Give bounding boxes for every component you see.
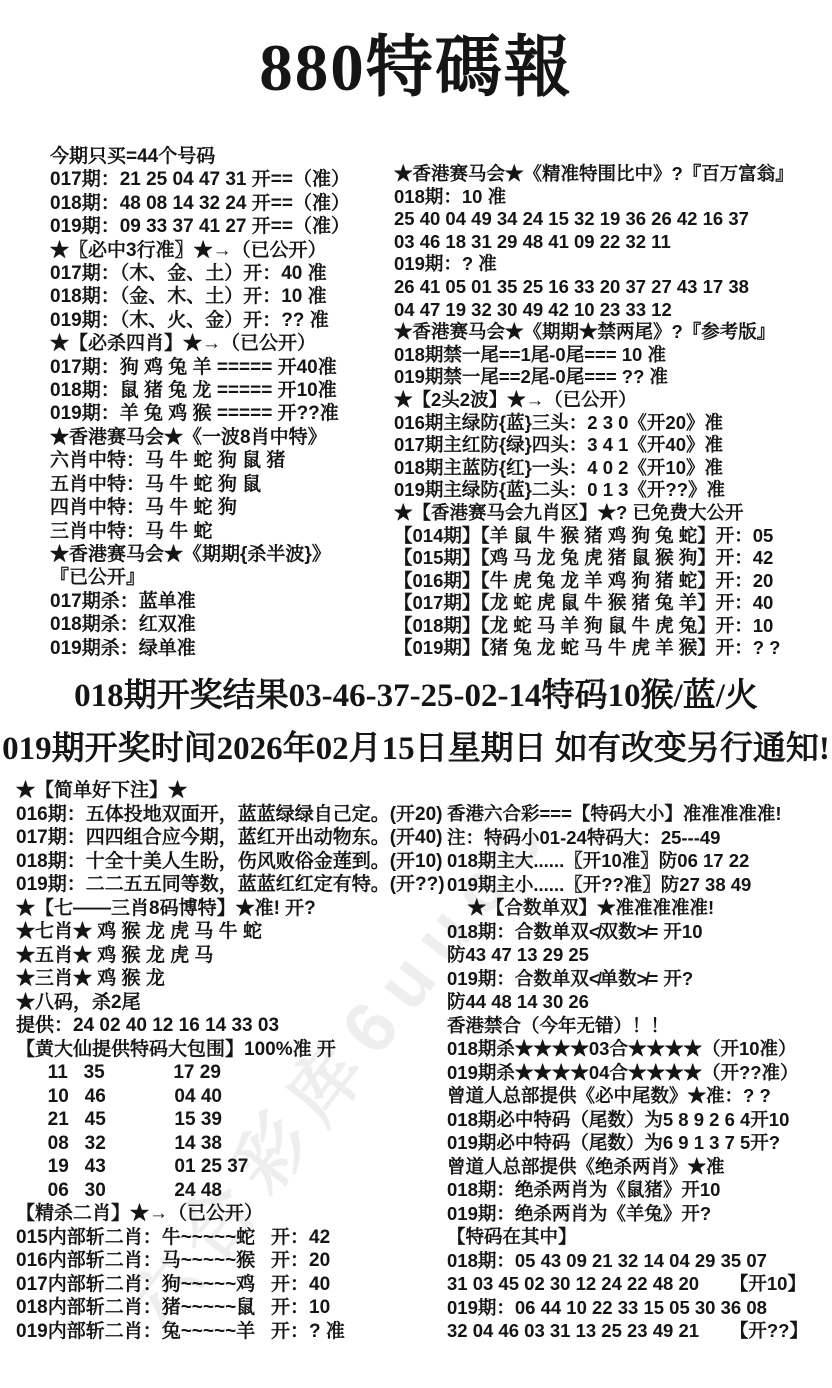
text-line: ★香港赛马会★《精准特围比中》?『百万富翁』	[394, 163, 794, 186]
text-line: 015内部斩二肖：牛~~~~~蛇 开：42	[16, 1226, 445, 1250]
text-line: ★香港赛马会★《期期{杀半波}》	[50, 543, 350, 566]
text-line: 19 43 01 25 37	[16, 1155, 445, 1179]
text-line: 06 30 24 48	[16, 1179, 445, 1203]
text-line: 018期：05 43 09 21 32 14 04 29 35 07	[447, 1249, 808, 1273]
text-line: ★【2头2波】★→（已公开）	[394, 389, 794, 412]
text-line: ★【七——三肖8码博特】★准! 开?	[16, 897, 445, 921]
text-line: 018期杀：红双准	[50, 613, 350, 636]
text-line: 【019期】【猪 兔 龙 蛇 马 牛 虎 羊 猴】开：? ?	[394, 637, 794, 660]
text-line: 017期：四四组合应今期，蓝红开出动物东。(开40)	[16, 826, 445, 850]
text-line: ★【必杀四肖】★→（已公开）	[50, 332, 350, 355]
text-line: 018期：鼠 猪 兔 龙 ===== 开10准	[50, 379, 350, 402]
text-line: 018期：绝杀两肖为《鼠猪》开10	[447, 1178, 808, 1202]
text-line: 019期主小......〖开??准〗防27 38 49	[447, 873, 808, 897]
text-line: 五肖中特：马 牛 蛇 狗 鼠	[50, 473, 350, 496]
bottom-right-column: 香港六合彩===【特码大小】准准准准准!注：特码小01-24特码大：25---4…	[447, 802, 808, 1343]
text-line: ★【香港赛马会九肖区】★? 已免费大公开	[394, 502, 794, 525]
text-line: 019期杀：绿单准	[50, 637, 350, 660]
text-line: 019期必中特码（尾数）为6 9 1 3 7 5开?	[447, 1131, 808, 1155]
text-line: 019期：09 33 37 41 27 开==（准）	[50, 215, 350, 238]
text-line: 香港禁合（今年无错）！！	[447, 1014, 808, 1038]
newspaper-sheet: 六合彩库6uucc 880特碼報 今期只买=44个号码017期：21 25 04…	[0, 0, 832, 1388]
text-line: 【018期】【龙 蛇 马 羊 狗 鼠 牛 虎 兔】开：10	[394, 615, 794, 638]
text-line: 六肖中特：马 牛 蛇 狗 鼠 猪	[50, 449, 350, 472]
text-line: 32 04 46 03 31 13 25 23 49 21 【开??】	[447, 1319, 808, 1343]
text-line: 018期：十全十美人生盼，伤风败俗金莲到。(开10)	[16, 850, 445, 874]
text-line: 注：特码小01-24特码大：25---49	[447, 826, 808, 850]
text-line: ★【简单好下注】★	[16, 779, 445, 803]
text-line: 018期禁一尾==1尾-0尾=== 10 准	[394, 344, 794, 367]
text-line: 018期：合数单双≮双数≯= 开10	[447, 920, 808, 944]
text-line: 018内部斩二肖：猪~~~~~鼠 开：10	[16, 1296, 445, 1320]
text-line: 018期杀★★★★03合★★★★（开10准）	[447, 1037, 808, 1061]
text-line: 018期主蓝防{红}一头：4 0 2《开10》准	[394, 457, 794, 480]
text-line: 『已公开』	[50, 566, 350, 589]
text-line: 【黄大仙提供特码大包围】100%准 开	[16, 1038, 445, 1062]
text-line: 26 41 05 01 35 25 16 33 20 37 27 43 17 3…	[394, 276, 794, 299]
text-line: 【精杀二肖】★→（已公开）	[16, 1202, 445, 1226]
text-line: 019期：? 准	[394, 253, 794, 276]
text-line: 08 32 14 38	[16, 1132, 445, 1156]
text-line: 019期：06 44 10 22 33 15 05 30 36 08	[447, 1296, 808, 1320]
text-line: 曾道人总部提供《必中尾数》★准：? ?	[447, 1084, 808, 1108]
text-line: ★五肖★ 鸡 猴 龙 虎 马	[16, 944, 445, 968]
text-line: 017期：（木、金、土）开：40 准	[50, 262, 350, 285]
text-line: 016期：五体投地双面开，蓝蓝绿绿自己定。(开20)	[16, 803, 445, 827]
text-line: 防43 47 13 29 25	[447, 943, 808, 967]
text-line: 25 40 04 49 34 24 15 32 19 36 26 42 16 3…	[394, 208, 794, 231]
text-line: 三肖中特：马 牛 蛇	[50, 520, 350, 543]
text-line: 03 46 18 31 29 48 41 09 22 32 11	[394, 231, 794, 254]
text-line: 016内部斩二肖：马~~~~~猴 开：20	[16, 1249, 445, 1273]
text-line: 019期主绿防{蓝}二头：0 1 3《开??》准	[394, 479, 794, 502]
text-line: 019期杀★★★★04合★★★★（开??准）	[447, 1061, 808, 1085]
text-line: 四肖中特：马 牛 蛇 狗	[50, 496, 350, 519]
text-line: ★【合数单双】★准准准准准!	[447, 896, 808, 920]
top-left-column: 今期只买=44个号码017期：21 25 04 47 31 开==（准）018期…	[50, 145, 350, 660]
text-line: 11 35 17 29	[16, 1061, 445, 1085]
text-line: 017期杀：蓝单准	[50, 590, 350, 613]
text-line: 017期：狗 鸡 兔 羊 ===== 开40准	[50, 356, 350, 379]
text-line: 019期禁一尾==2尾-0尾=== ?? 准	[394, 366, 794, 389]
text-line: 曾道人总部提供《绝杀两肖》★准	[447, 1155, 808, 1179]
notice-line-019: 019期开奖时间2026年02月15日星期日 如有改变另行通知!	[0, 723, 832, 776]
text-line: 香港六合彩===【特码大小】准准准准准!	[447, 802, 808, 826]
text-line: 017内部斩二肖：狗~~~~~鸡 开：40	[16, 1273, 445, 1297]
text-line: 10 46 04 40	[16, 1085, 445, 1109]
text-line: 21 45 15 39	[16, 1108, 445, 1132]
text-line: 【015期】【鸡 马 龙 兔 虎 猪 鼠 猴 狗】开：42	[394, 547, 794, 570]
text-line: 017期：21 25 04 47 31 开==（准）	[50, 168, 350, 191]
text-line: 019期：羊 兔 鸡 猴 ===== 开??准	[50, 402, 350, 425]
text-line: 31 03 45 02 30 12 24 22 48 20 【开10】	[447, 1272, 808, 1296]
text-line: 019期：绝杀两肖为《羊兔》开?	[447, 1202, 808, 1226]
text-line: ★八码，杀2尾	[16, 991, 445, 1015]
text-line: ★三肖★ 鸡 猴 龙	[16, 967, 445, 991]
bottom-left-column: ★【简单好下注】★016期：五体投地双面开，蓝蓝绿绿自己定。(开20)017期：…	[16, 779, 445, 1343]
text-line: 【017期】【龙 蛇 虎 鼠 牛 猴 猪 兔 羊】开：40	[394, 592, 794, 615]
text-line: 今期只买=44个号码	[50, 145, 350, 168]
text-line: 防44 48 14 30 26	[447, 990, 808, 1014]
text-line: ★香港赛马会★《期期★禁两尾》?『参考版』	[394, 321, 794, 344]
text-line: ★香港赛马会★《一波8肖中特》	[50, 426, 350, 449]
text-line: 016期主绿防{蓝}三头：2 3 0《开20》准	[394, 412, 794, 435]
text-line: 018期必中特码（尾数）为5 8 9 2 6 4开10	[447, 1108, 808, 1132]
text-line: 019期：合数单双≮单数≯= 开?	[447, 967, 808, 991]
text-line: 018期：（金、木、土）开：10 准	[50, 285, 350, 308]
text-line: 018期：10 准	[394, 186, 794, 209]
result-line-018: 018期开奖结果03-46-37-25-02-14特码10猴/蓝/火	[0, 670, 832, 723]
text-line: 019期：（木、火、金）开：?? 准	[50, 309, 350, 332]
text-line: ★〖必中3行准〗★→（已公开）	[50, 239, 350, 262]
text-line: 018期主大......〖开10准〗防06 17 22	[447, 849, 808, 873]
top-right-column: ★香港赛马会★《精准特围比中》?『百万富翁』018期：10 准25 40 04 …	[394, 163, 794, 660]
text-line: 【014期】【羊 鼠 牛 猴 猪 鸡 狗 兔 蛇】开：05	[394, 525, 794, 548]
text-line: 【特码在其中】	[447, 1225, 808, 1249]
text-line: 04 47 19 32 30 49 42 10 23 33 12	[394, 299, 794, 322]
text-line: 【016期】【牛 虎 兔 龙 羊 鸡 狗 猪 蛇】开：20	[394, 570, 794, 593]
page-title: 880特碼報	[0, 14, 832, 110]
text-line: 018期：48 08 14 32 24 开==（准）	[50, 192, 350, 215]
text-line: 提供：24 02 40 12 16 14 33 03	[16, 1014, 445, 1038]
text-line: ★七肖★ 鸡 猴 龙 虎 马 牛 蛇	[16, 920, 445, 944]
draw-result-banner: 018期开奖结果03-46-37-25-02-14特码10猴/蓝/火 019期开…	[0, 670, 832, 776]
text-line: 019期：二二五五同等数，蓝蓝红红定有特。(开??)	[16, 873, 445, 897]
text-line: 019内部斩二肖：兔~~~~~羊 开：? 准	[16, 1320, 445, 1344]
text-line: 017期主红防{绿}四头：3 4 1《开40》准	[394, 434, 794, 457]
